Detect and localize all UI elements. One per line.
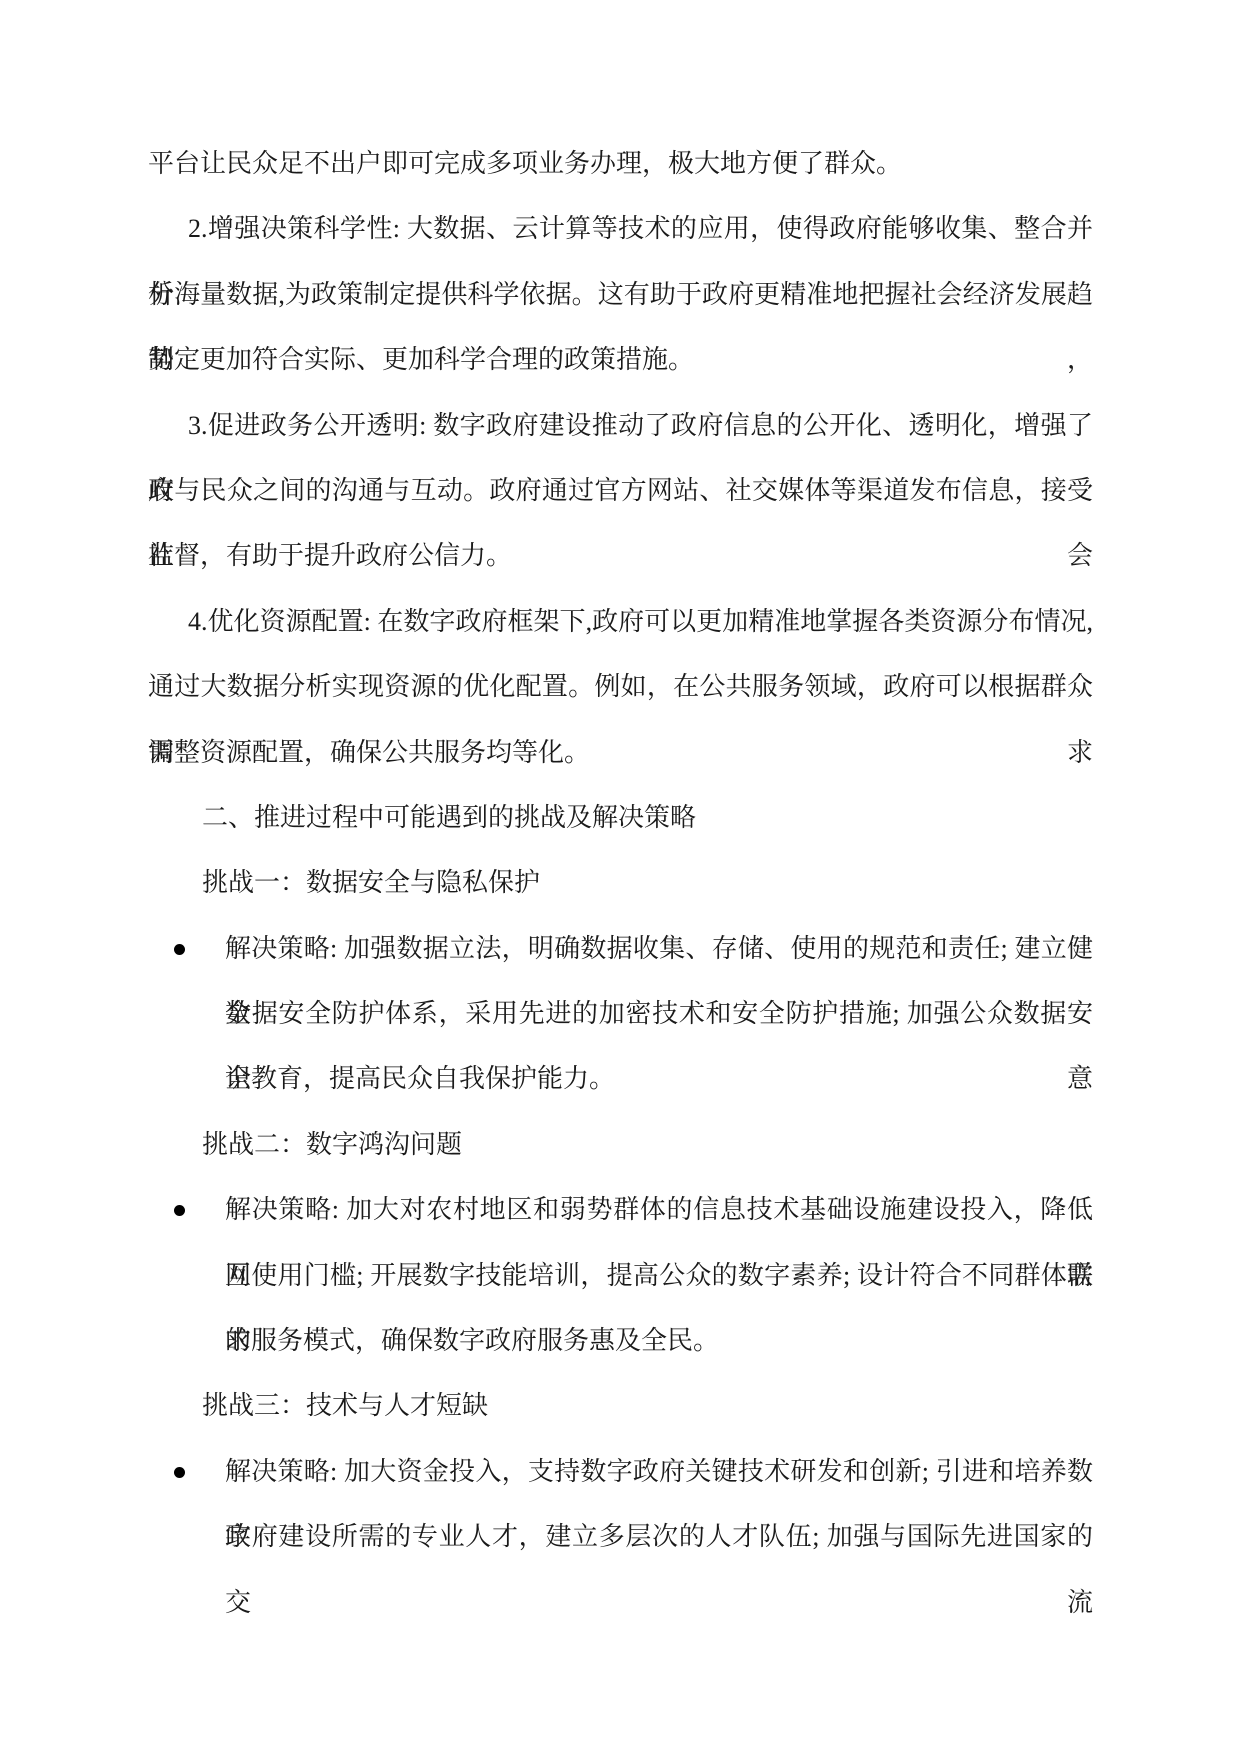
text-line: 析海量数据,为政策制定提供科学依据。这有助于政府更精准地把握社会经济发展趋势，	[148, 262, 1093, 327]
text-line: 挑战三：技术与人才短缺	[148, 1373, 1093, 1438]
text-line: 二、推进过程中可能遇到的挑战及解决策略	[148, 785, 1093, 850]
bullet-dot-icon	[174, 1467, 185, 1478]
text-line: 4.优化资源配置: 在数字政府框架下,政府可以更加精准地掌握各类资源分布情况,	[148, 589, 1093, 654]
text-line: 解决策略: 加大对农村地区和弱势群体的信息技术基础设施建设投入，降低互联	[225, 1177, 1093, 1242]
text-line: 解决策略: 加强数据立法，明确数据收集、存储、使用的规范和责任; 建立健全	[225, 916, 1093, 981]
text-line: 3.促进政务公开透明: 数字政府建设推动了政府信息的公开化、透明化，增强了政	[148, 393, 1093, 458]
challenge-heading: 挑战三：技术与人才短缺	[148, 1373, 1093, 1438]
text-line: 数据安全防护体系，采用先进的加密技术和安全防护措施; 加强公众数据安全意	[225, 981, 1093, 1046]
text-line: 通过大数据分析实现资源的优化配置。例如，在公共服务领域，政府可以根据群众需求	[148, 654, 1093, 719]
numbered-paragraph: 3.促进政务公开透明: 数字政府建设推动了政府信息的公开化、透明化，增强了政 府…	[148, 393, 1093, 589]
paragraph: 平台让民众足不出户即可完成多项业务办理，极大地方便了群众。	[148, 131, 1093, 196]
text-line: 政府建设所需的专业人才，建立多层次的人才队伍; 加强与国际先进国家的交流	[225, 1504, 1093, 1569]
document-page: 平台让民众足不出户即可完成多项业务办理，极大地方便了群众。 2.增强决策科学性:…	[0, 0, 1241, 1754]
bullet-dot-icon	[174, 1205, 185, 1216]
numbered-paragraph: 2.增强决策科学性: 大数据、云计算等技术的应用，使得政府能够收集、整合并分 析…	[148, 196, 1093, 392]
text-line: 解决策略: 加大资金投入，支持数字政府关键技术研发和创新; 引进和培养数字	[225, 1439, 1093, 1504]
text-line: 的服务模式，确保数字政府服务惠及全民。	[225, 1308, 1093, 1373]
text-line: 2.增强决策科学性: 大数据、云计算等技术的应用，使得政府能够收集、整合并分	[148, 196, 1093, 261]
challenge-heading: 挑战二：数字鸿沟问题	[148, 1112, 1093, 1177]
bullet-item: 解决策略: 加大对农村地区和弱势群体的信息技术基础设施建设投入，降低互联 网使用…	[148, 1177, 1093, 1373]
challenge-heading: 挑战一：数据安全与隐私保护	[148, 850, 1093, 915]
bullet-item: 解决策略: 加大资金投入，支持数字政府关键技术研发和创新; 引进和培养数字 政府…	[148, 1439, 1093, 1570]
text-line: 挑战一：数据安全与隐私保护	[148, 850, 1093, 915]
text-line: 府与民众之间的沟通与互动。政府通过官方网站、社交媒体等渠道发布信息，接受社会	[148, 458, 1093, 523]
bullet-dot-icon	[174, 944, 185, 955]
text-line: 平台让民众足不出户即可完成多项业务办理，极大地方便了群众。	[148, 131, 1093, 196]
section-heading: 二、推进过程中可能遇到的挑战及解决策略	[148, 785, 1093, 850]
text-line: 挑战二：数字鸿沟问题	[148, 1112, 1093, 1177]
bullet-item: 解决策略: 加强数据立法，明确数据收集、存储、使用的规范和责任; 建立健全 数据…	[148, 916, 1093, 1112]
numbered-paragraph: 4.优化资源配置: 在数字政府框架下,政府可以更加精准地掌握各类资源分布情况, …	[148, 589, 1093, 785]
text-line: 网使用门槛; 开展数字技能培训，提高公众的数字素养; 设计符合不同群体需求	[225, 1243, 1093, 1308]
